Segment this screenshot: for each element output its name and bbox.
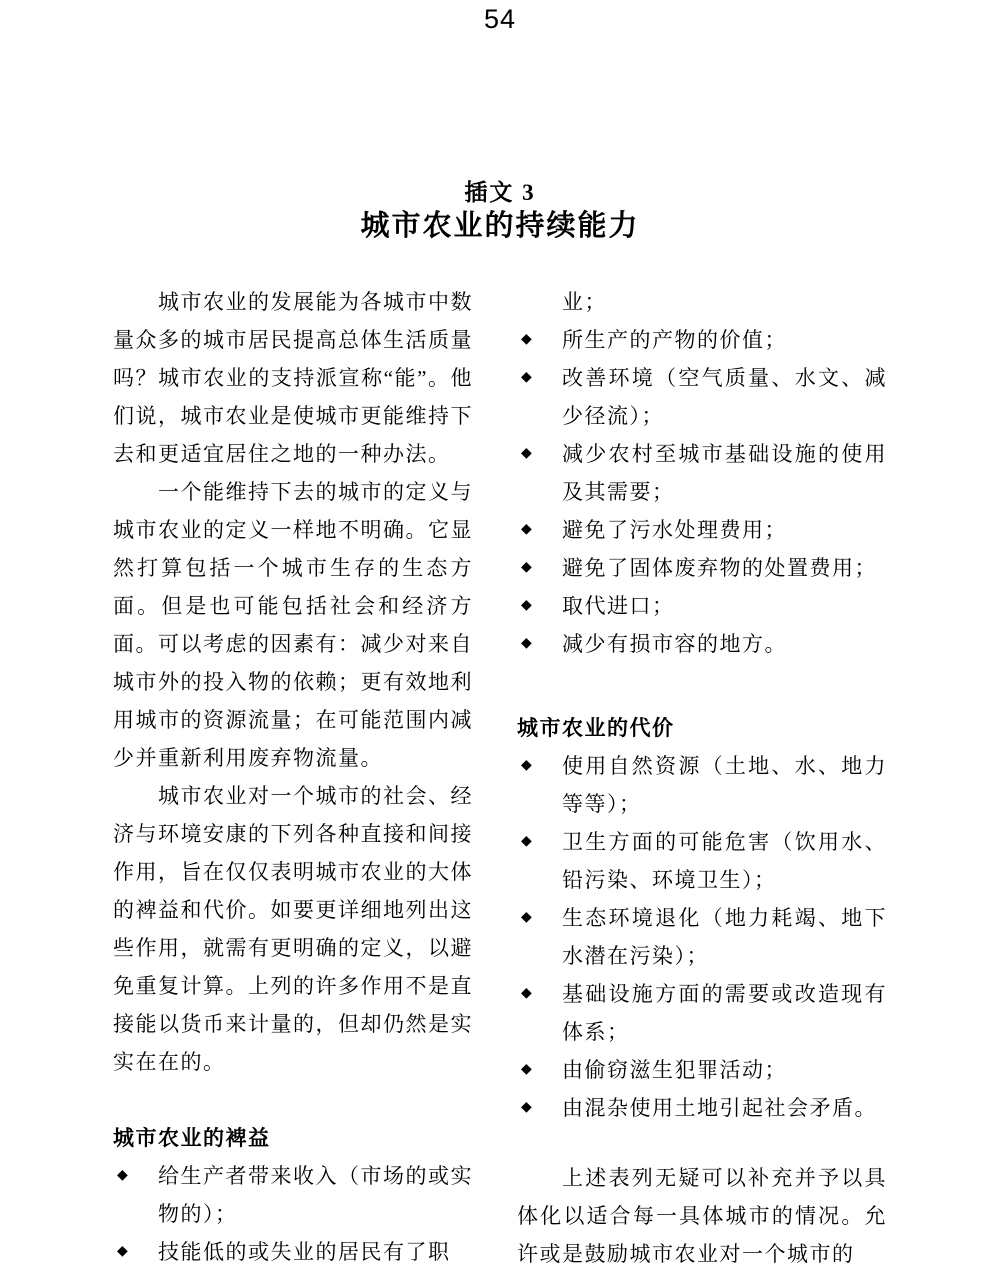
diamond-bullet-icon: ◆: [521, 899, 532, 937]
list-item: ◆ 避免了固体废弃物的处置费用；: [517, 549, 887, 587]
list-item: ◆ 卫生方面的可能危害（饮用水、铅污染、环境卫生）；: [517, 823, 887, 899]
list-item: ◆ 生态环境退化（地力耗竭、地下水潜在污染）；: [517, 899, 887, 975]
list-item-text: 所生产的产物的价值；: [562, 328, 787, 352]
diamond-bullet-icon: ◆: [521, 823, 532, 861]
paragraph-definition: 一个能维持下去的城市的定义与城市农业的定义一样地不明确。它显然打算包括一个城市生…: [113, 473, 473, 777]
costs-heading: 城市农业的代价: [517, 709, 887, 747]
list-item: ◆ 由偷窃滋生犯罪活动；: [517, 1051, 887, 1089]
diamond-bullet-icon: ◆: [521, 975, 532, 1013]
list-item-text: 使用自然资源（土地、水、地力等等）；: [562, 754, 887, 816]
page-title: 城市农业的持续能力: [0, 203, 1000, 244]
list-item: ◆ 所生产的产物的价值；: [517, 321, 887, 359]
list-item-text: 给生产者带来收入（市场的或实物的）；: [158, 1164, 473, 1226]
list-item-text: 避免了固体废弃物的处置费用；: [562, 556, 877, 580]
list-item-text: 减少农村至城市基础设施的使用及其需要；: [562, 442, 887, 504]
diamond-bullet-icon: ◆: [521, 321, 532, 359]
benefits-heading: 城市农业的裨益: [113, 1119, 473, 1157]
list-item: ◆ 减少农村至城市基础设施的使用及其需要；: [517, 435, 887, 511]
list-item-text: 生态环境退化（地力耗竭、地下水潜在污染）；: [562, 906, 887, 968]
diamond-bullet-icon: ◆: [521, 511, 532, 549]
paragraph-intro: 城市农业的发展能为各城市中数量众多的城市居民提高总体生活质量吗？城市农业的支持派…: [113, 283, 473, 473]
list-item-text: 基础设施方面的需要或改造现有体系；: [562, 982, 887, 1044]
list-item: ◆ 由混杂使用土地引起社会矛盾。: [517, 1089, 887, 1127]
list-item-text: 减少有损市容的地方。: [562, 632, 787, 656]
left-column: 城市农业的发展能为各城市中数量众多的城市居民提高总体生活质量吗？城市农业的支持派…: [113, 283, 473, 1266]
list-item: ◆ 给生产者带来收入（市场的或实物的）；: [113, 1157, 473, 1233]
list-item: ◆ 减少有损市容的地方。: [517, 625, 887, 663]
diamond-bullet-icon: ◆: [521, 1051, 532, 1089]
list-item-text: 避免了污水处理费用；: [562, 518, 787, 542]
list-item-text: 由偷窃滋生犯罪活动；: [562, 1058, 787, 1082]
list-item: ◆ 使用自然资源（土地、水、地力等等）；: [517, 747, 887, 823]
list-item: ◆ 改善环境（空气质量、水文、减少径流）；: [517, 359, 887, 435]
paragraph-effects: 城市农业对一个城市的社会、经济与环境安康的下列各种直接和间接作用，旨在仅仅表明城…: [113, 777, 473, 1081]
list-item-text: 改善环境（空气质量、水文、减少径流）；: [562, 366, 887, 428]
list-item-text: 取代进口；: [562, 594, 675, 618]
page-number: 54: [0, 4, 1000, 35]
continuation-line: 业；: [517, 283, 887, 321]
list-item: ◆ 取代进口；: [517, 587, 887, 625]
list-item: ◆ 基础设施方面的需要或改造现有体系；: [517, 975, 887, 1051]
diamond-bullet-icon: ◆: [521, 549, 532, 587]
diamond-bullet-icon: ◆: [521, 1089, 532, 1127]
diamond-bullet-icon: ◆: [521, 359, 532, 397]
list-item-text: 由混杂使用土地引起社会矛盾。: [562, 1096, 877, 1120]
list-item: ◆ 技能低的或失业的居民有了职: [113, 1233, 473, 1266]
document-page: 54 插文 3 城市农业的持续能力 城市农业的发展能为各城市中数量众多的城市居民…: [0, 0, 1000, 1266]
closing-paragraph: 上述表列无疑可以补充并予以具体化以适合每一具体城市的情况。允许或是鼓励城市农业对…: [517, 1159, 887, 1266]
diamond-bullet-icon: ◆: [117, 1157, 128, 1195]
diamond-bullet-icon: ◆: [117, 1233, 128, 1266]
list-item-text: 卫生方面的可能危害（饮用水、铅污染、环境卫生）；: [562, 830, 887, 892]
right-column: 业； ◆ 所生产的产物的价值； ◆ 改善环境（空气质量、水文、减少径流）； ◆ …: [517, 283, 887, 1266]
list-item: ◆ 避免了污水处理费用；: [517, 511, 887, 549]
list-item-text: 技能低的或失业的居民有了职: [158, 1240, 451, 1264]
diamond-bullet-icon: ◆: [521, 587, 532, 625]
diamond-bullet-icon: ◆: [521, 625, 532, 663]
diamond-bullet-icon: ◆: [521, 747, 532, 785]
diamond-bullet-icon: ◆: [521, 435, 532, 473]
